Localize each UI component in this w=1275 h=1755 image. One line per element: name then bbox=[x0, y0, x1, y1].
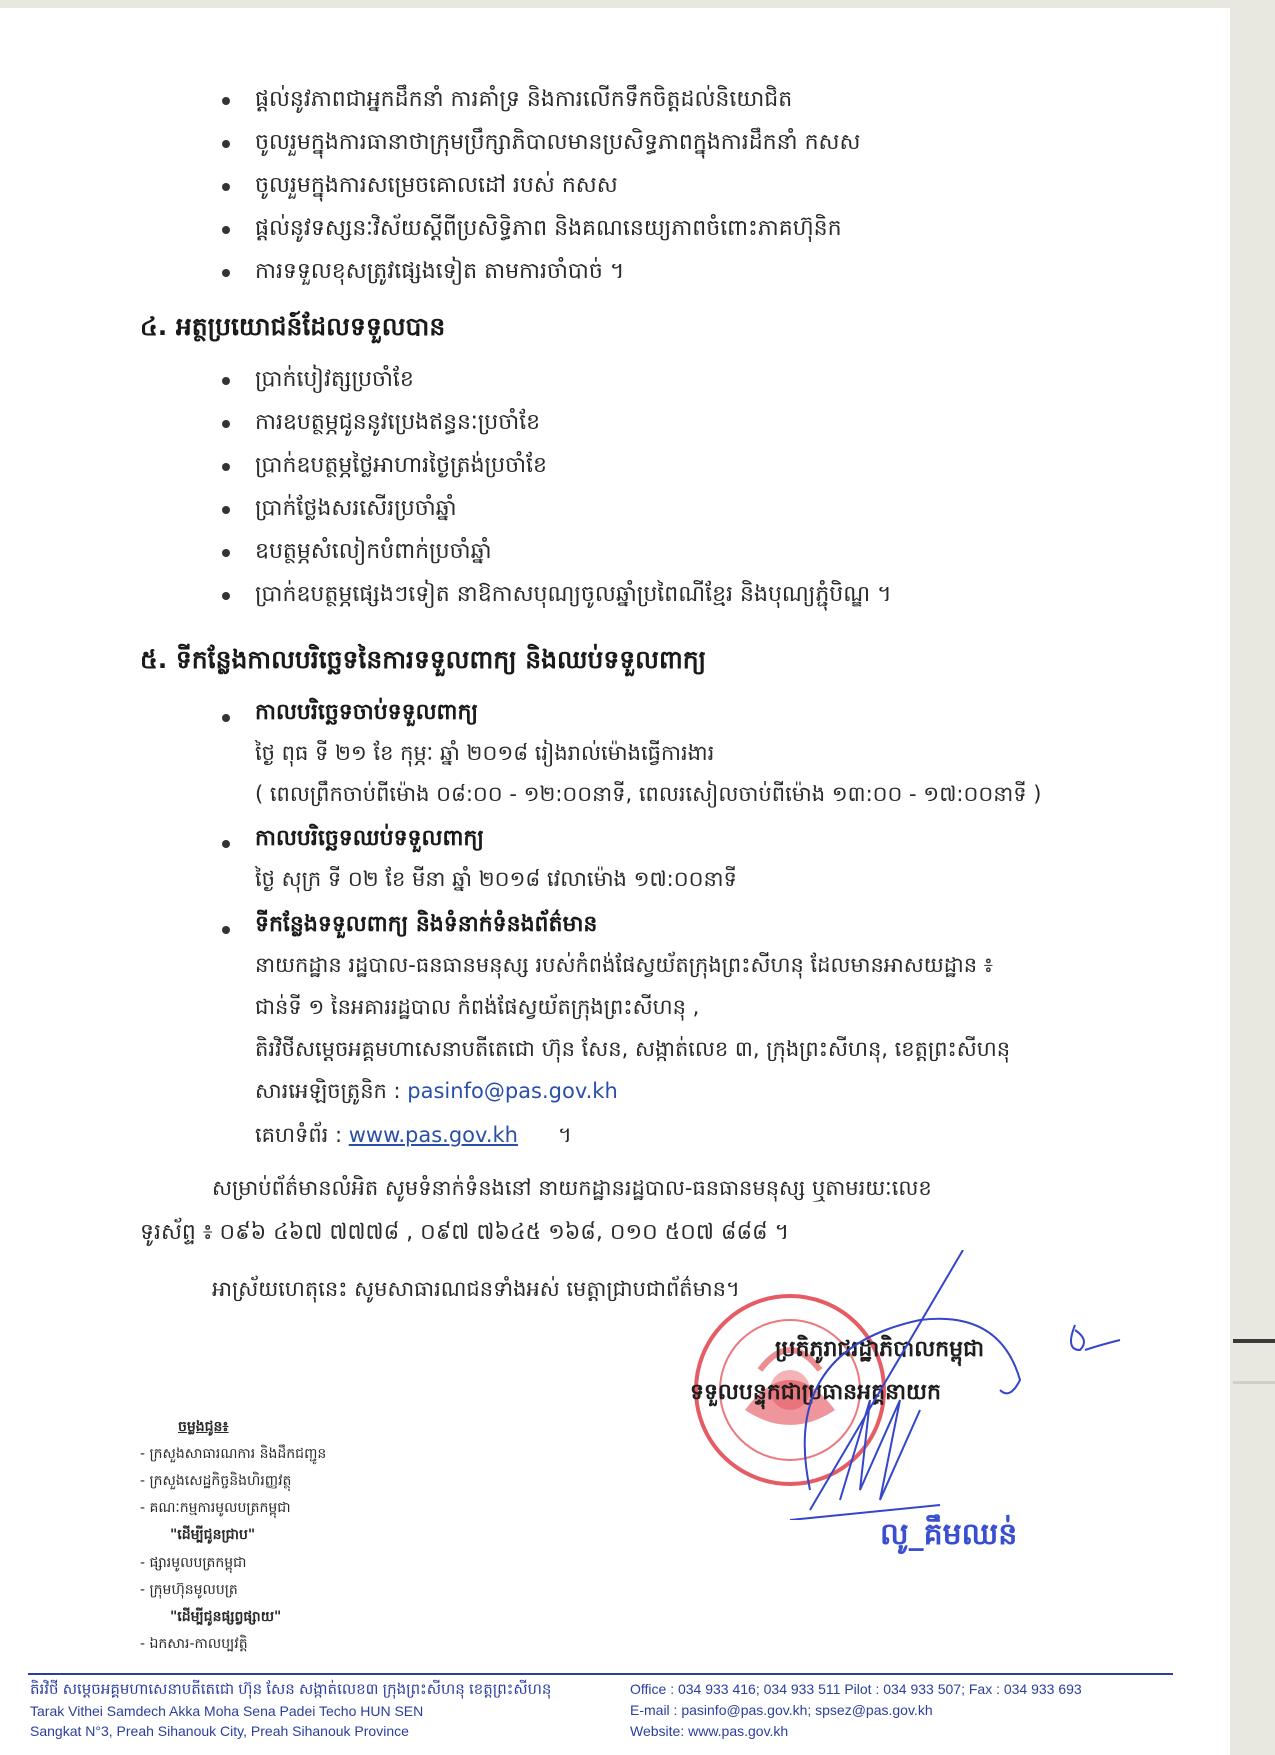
website-link[interactable]: www.pas.gov.kh bbox=[349, 1123, 518, 1147]
bullet-icon bbox=[222, 840, 230, 848]
bullet-icon bbox=[222, 97, 230, 105]
bullet-icon bbox=[222, 226, 230, 234]
cc-item: - គណៈកម្មការមូលបត្រកម្ពុជា bbox=[140, 1498, 291, 1519]
bullet-icon bbox=[222, 269, 230, 277]
footer-address-en2: Sangkat N°3, Preah Sihanouk City, Preah … bbox=[30, 1723, 409, 1739]
footer-divider bbox=[28, 1673, 1173, 1675]
cc-item: - ក្រសួងសាធារណការ និងដឹកជញ្ជូន bbox=[140, 1444, 326, 1465]
address-line: តិរវិថីសម្ដេចអគ្គមហាសេនាបតីតេជោ ហ៊ុន សែន… bbox=[255, 1036, 1010, 1067]
website-suffix: ។ bbox=[558, 1123, 572, 1147]
cc-item: - ឯកសារ-កាលប្បវត្តិ bbox=[140, 1634, 248, 1655]
place-title: ទីកន្លែងទទួលពាក្យ និងទំនាក់ទំនងព័ត៌មាន bbox=[255, 910, 597, 942]
cc-item: - ផ្សារមូលបត្រកម្ពុជា bbox=[140, 1553, 247, 1574]
cc-note: "ដើម្បីជូនជ្រាប" bbox=[170, 1525, 255, 1546]
signatory-name: លូ_គឹមឈន់ bbox=[880, 1515, 1017, 1559]
footer-website: Website: www.pas.gov.kh bbox=[630, 1723, 788, 1739]
bullet-icon bbox=[222, 183, 230, 191]
bullet-icon bbox=[222, 506, 230, 514]
end-date: ថ្ងៃ សុក្រ ទី ០២ ខែ មីនា ឆ្នាំ ២០១៨ វេលា… bbox=[255, 866, 737, 897]
scanner-edge-mark bbox=[1233, 1339, 1275, 1343]
email-label: សារអេឡិចត្រូនិក : bbox=[255, 1079, 407, 1103]
handwritten-signature-icon bbox=[780, 1250, 1130, 1520]
bullet-icon bbox=[222, 463, 230, 471]
list-item: ចូលរួមក្នុងការធានាថាក្រុមប្រឹក្សាភិបាលមា… bbox=[255, 128, 860, 158]
cc-note: "ដើម្បីជូនផ្សព្វផ្សាយ" bbox=[170, 1607, 281, 1628]
list-item: ឧបត្ថម្ភសំលៀកបំពាក់ប្រចាំឆ្នាំ bbox=[255, 537, 492, 567]
list-item: ការទទួលខុសត្រូវផ្សេងទៀត តាមការចាំបាច់ ។ bbox=[255, 257, 624, 287]
list-item: ប្រាក់បៀវត្សប្រចាំខែ bbox=[255, 365, 414, 395]
email-link[interactable]: pasinfo@pas.gov.kh bbox=[407, 1079, 617, 1103]
bullet-icon bbox=[222, 549, 230, 557]
website-row: គេហទំព័រ : www.pas.gov.kh។ bbox=[255, 1122, 572, 1153]
bullet-icon bbox=[222, 714, 230, 722]
email-row: សារអេឡិចត្រូនិក : pasinfo@pas.gov.kh bbox=[255, 1078, 618, 1109]
bullet-icon bbox=[222, 420, 230, 428]
office-hours: ( ពេលព្រឹកចាប់ពីម៉ោង ០៨:០០ - ១២:០០នាទី, … bbox=[255, 781, 1041, 812]
list-item: ប្រាក់ឧបត្ថម្ភថ្លៃអាហារថ្ងៃត្រង់ប្រចាំខែ bbox=[255, 451, 547, 481]
bullet-icon bbox=[222, 377, 230, 385]
list-item: ចូលរួមក្នុងការសម្រេចគោលដៅ របស់ កសស bbox=[255, 171, 618, 201]
contact-paragraph-line1: សម្រាប់ព័ត៌មានលំអិត សូមទំនាក់ទំនងនៅ នាយក… bbox=[212, 1175, 932, 1206]
start-date: ថ្ងៃ ពុធ ទី ២១ ខែ កុម្ភៈ ឆ្នាំ ២០១៨ រៀងរ… bbox=[255, 740, 714, 771]
cc-title: ចម្លងជូន៖ bbox=[178, 1417, 229, 1438]
bullet-icon bbox=[222, 140, 230, 148]
footer-emails: E-mail : pasinfo@pas.gov.kh; spsez@pas.g… bbox=[630, 1702, 933, 1718]
section4-heading: ៤. អត្ថប្រយោជន៍ដែលទទួលបាន bbox=[140, 312, 445, 348]
list-item: ផ្ដល់នូវទស្សនៈវិស័យស្ដីពីប្រសិទ្ធិភាព និ… bbox=[255, 214, 842, 244]
address-line: ជាន់ទី ១ នៃអគាររដ្ឋបាល កំពង់ផែស្វយ័តក្រុ… bbox=[255, 994, 699, 1025]
list-item: ប្រាក់ថ្លែងសរសើរប្រចាំឆ្នាំ bbox=[255, 494, 457, 524]
address-line: នាយកដ្ឋាន រដ្ឋបាល-ធនធានមនុស្ស របស់កំពង់ផ… bbox=[255, 952, 993, 983]
contact-paragraph-line2: ទូរស័ព្ទ ៖ ០៩៦ ៤៦៧ ៧៧៧៨ , ០៩៧ ៧៦៤៥ ១៦៨, … bbox=[140, 1218, 789, 1250]
footer-phones: Office : 034 933 416; 034 933 511 Pilot … bbox=[630, 1681, 1082, 1697]
scanner-edge-mark bbox=[1233, 1381, 1275, 1384]
end-date-title: កាលបរិច្ឆេទឈប់ទទួលពាក្យ bbox=[255, 824, 484, 856]
footer-address-km: តិរវិថី សម្ដេចអគ្គមហាសេនាបតីតេជោ ហ៊ុន សែ… bbox=[30, 1680, 551, 1702]
section5-heading: ៥. ទីកន្លែងកាលបរិច្ឆេទនៃការទទួលពាក្យ និង… bbox=[140, 645, 706, 681]
bullet-icon bbox=[222, 592, 230, 600]
list-item: ផ្ដល់នូវភាពជាអ្នកដឹកនាំ ការគាំទ្រ និងការ… bbox=[255, 85, 792, 115]
bullet-icon bbox=[222, 926, 230, 934]
list-item: ការឧបត្ថម្ភជូននូវប្រេងឥន្ធនៈប្រចាំខែ bbox=[255, 408, 540, 438]
list-item: ប្រាក់ឧបត្ថម្ភផ្សេងៗទៀត នាឱកាសបុណ្យចូលឆ្… bbox=[255, 580, 892, 610]
closing-text: អាស្រ័យហេតុនេះ សូមសាធារណជនទាំងអស់ មេត្តា… bbox=[212, 1276, 740, 1307]
website-label: គេហទំព័រ : bbox=[255, 1123, 349, 1147]
footer-address-en1: Tarak Vithei Samdech Akka Moha Sena Pade… bbox=[30, 1703, 423, 1719]
cc-item: - ក្រុមហ៊ុនមូលបត្រ bbox=[140, 1580, 238, 1601]
cc-item: - ក្រសួងសេដ្ឋកិច្ចនិងហិរញ្ញវត្ថុ bbox=[140, 1471, 291, 1492]
start-date-title: កាលបរិច្ឆេទចាប់ទទួលពាក្យ bbox=[255, 698, 478, 730]
